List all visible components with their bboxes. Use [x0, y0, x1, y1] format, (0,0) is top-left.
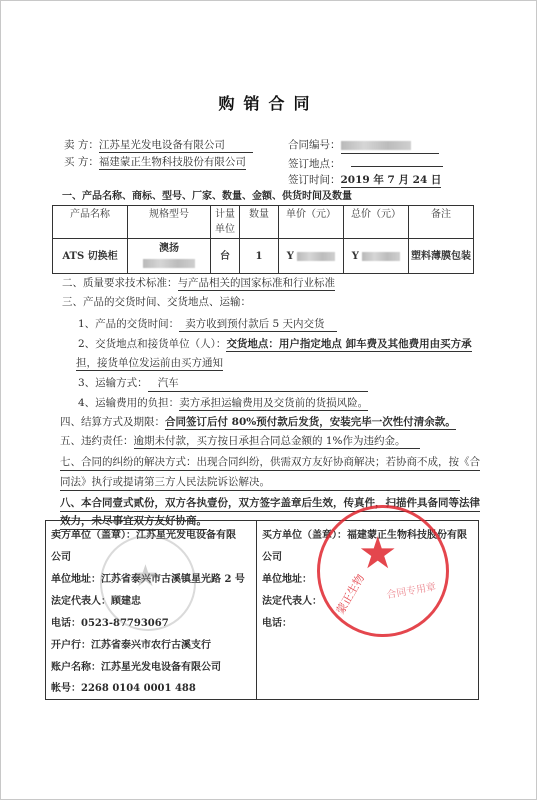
seal-text: 合同专用章: [385, 578, 437, 601]
contract-no-redacted: [341, 141, 411, 150]
cell-model: 澳扬 [redacted]澳扬: [128, 239, 211, 274]
buyer-rep: 法定代表人：: [262, 591, 322, 613]
seller-account-name: 账户名称：江苏星光发电设备有限公司: [51, 657, 221, 679]
col-header: 单价（元）: [279, 206, 344, 239]
seller-label: 卖 方：: [64, 139, 99, 151]
col-header: 数量: [240, 206, 279, 239]
col-header: 规格型号: [128, 206, 211, 239]
box-divider: [256, 521, 257, 699]
seller-unit-cont: 公司: [51, 547, 71, 569]
clause-7-cont: 同法》执行或提请第三方人民法院诉讼解决。: [60, 475, 460, 491]
col-header: 备注: [409, 206, 474, 239]
clause-3: 三、产品的交货时间、交货地点、运输：: [62, 295, 251, 309]
contract-no-line: 合同编号：: [288, 138, 439, 154]
star-icon: ★: [358, 532, 397, 576]
seller-bank: 开户行：江苏省泰兴市农行古溪支行: [51, 635, 211, 657]
col-header: 计量单位: [211, 206, 240, 239]
clause-8: 八、本合同壹式贰份，双方各执壹份，双方签字盖章后生效，传真件，扫描件具备同等法律: [60, 496, 480, 512]
buyer-name: 福建蒙正生物科技股份有限公司: [99, 156, 246, 170]
clause-3-4: 4、运输费用的负担：卖方承担运输费用及交货前的货损风险。: [78, 396, 368, 410]
clause-3-2-cont: 担，接货单位发运前由买方通知: [76, 356, 223, 370]
cell-product: ATS 切换柜: [53, 239, 128, 274]
buyer-phone: 电话：: [262, 613, 292, 635]
cell-unit: 台: [211, 239, 240, 274]
sign-date-label: 签订时间：: [288, 174, 341, 186]
buyer-line: 买 方：福建蒙正生物科技股份有限公司: [64, 155, 246, 169]
cell-total-price: Y: [344, 239, 409, 274]
sign-place-label: 签订地点：: [288, 158, 341, 170]
sign-date-line: 签订时间：2019 年 7 月 24 日: [288, 173, 441, 187]
contract-no-label: 合同编号：: [288, 139, 341, 151]
clause-2: 二、质量要求技术标准：与产品相关的国家标准和行业标准: [62, 276, 335, 290]
col-header: 产品名称: [53, 206, 128, 239]
table-header-row: 产品名称 规格型号 计量单位 数量 单价（元） 总价（元） 备注: [53, 206, 474, 239]
buyer-seal-stamp: ★ 蒙正生物 合同专用章: [317, 505, 449, 637]
buyer-label: 买 方：: [64, 156, 99, 168]
seal-text: 蒙正生物: [332, 571, 368, 617]
cell-remark: 塑料薄膜包装: [409, 239, 474, 274]
clause-3-2: 2、交货地点和接货单位（人）：交货地点：用户指定地点 卸车费及其他费用由买方承: [78, 337, 472, 351]
cell-qty: 1: [240, 239, 279, 274]
seller-line: 卖 方：江苏星光发电设备有限公司: [64, 138, 253, 152]
sign-place-value: [351, 155, 443, 167]
sign-date-value: 2019 年 7 月 24 日: [341, 174, 442, 188]
col-header: 总价（元）: [344, 206, 409, 239]
document-title: 购销合同: [0, 97, 537, 111]
clause-7: 七、合同的纠纷的解决方式：出现合同纠纷，供需双方友好协商解决；若协商不成，按《合: [60, 455, 480, 471]
table-row: ATS 切换柜 澳扬 [redacted]澳扬 台 1 Y Y 塑料薄膜包装: [53, 239, 474, 274]
clause-5: 五、违约责任：逾期未付款，买方按日承担合同总金额的 1%作为违约金。: [60, 434, 420, 448]
seller-account-no: 帐号：2268 0104 0001 488: [51, 678, 196, 700]
buyer-address: 单位地址：: [262, 569, 312, 591]
seller-name: 江苏星光发电设备有限公司: [99, 139, 253, 153]
clause-3-3: 3、运输方式：汽车: [78, 376, 368, 392]
seller-seal-stamp: ★: [100, 535, 196, 631]
sign-place-line: 签订地点：: [288, 155, 443, 171]
section1-heading: 一、产品名称、商标、型号、厂家、数量、金额、供货时间及数量: [62, 190, 352, 204]
clause-3-1: 1、产品的交货时间：卖方收到预付款后 5 天内交货: [78, 317, 337, 331]
cell-unit-price: Y: [279, 239, 344, 274]
star-icon: ★: [132, 559, 159, 594]
product-table: 产品名称 规格型号 计量单位 数量 单价（元） 总价（元） 备注 ATS 切换柜…: [52, 205, 474, 274]
clause-4: 四、结算方式及期限：合同签订后付 80%预付款后发货，安装完毕一次性付清余款。: [60, 415, 456, 429]
buyer-unit-cont: 公司: [262, 547, 282, 569]
